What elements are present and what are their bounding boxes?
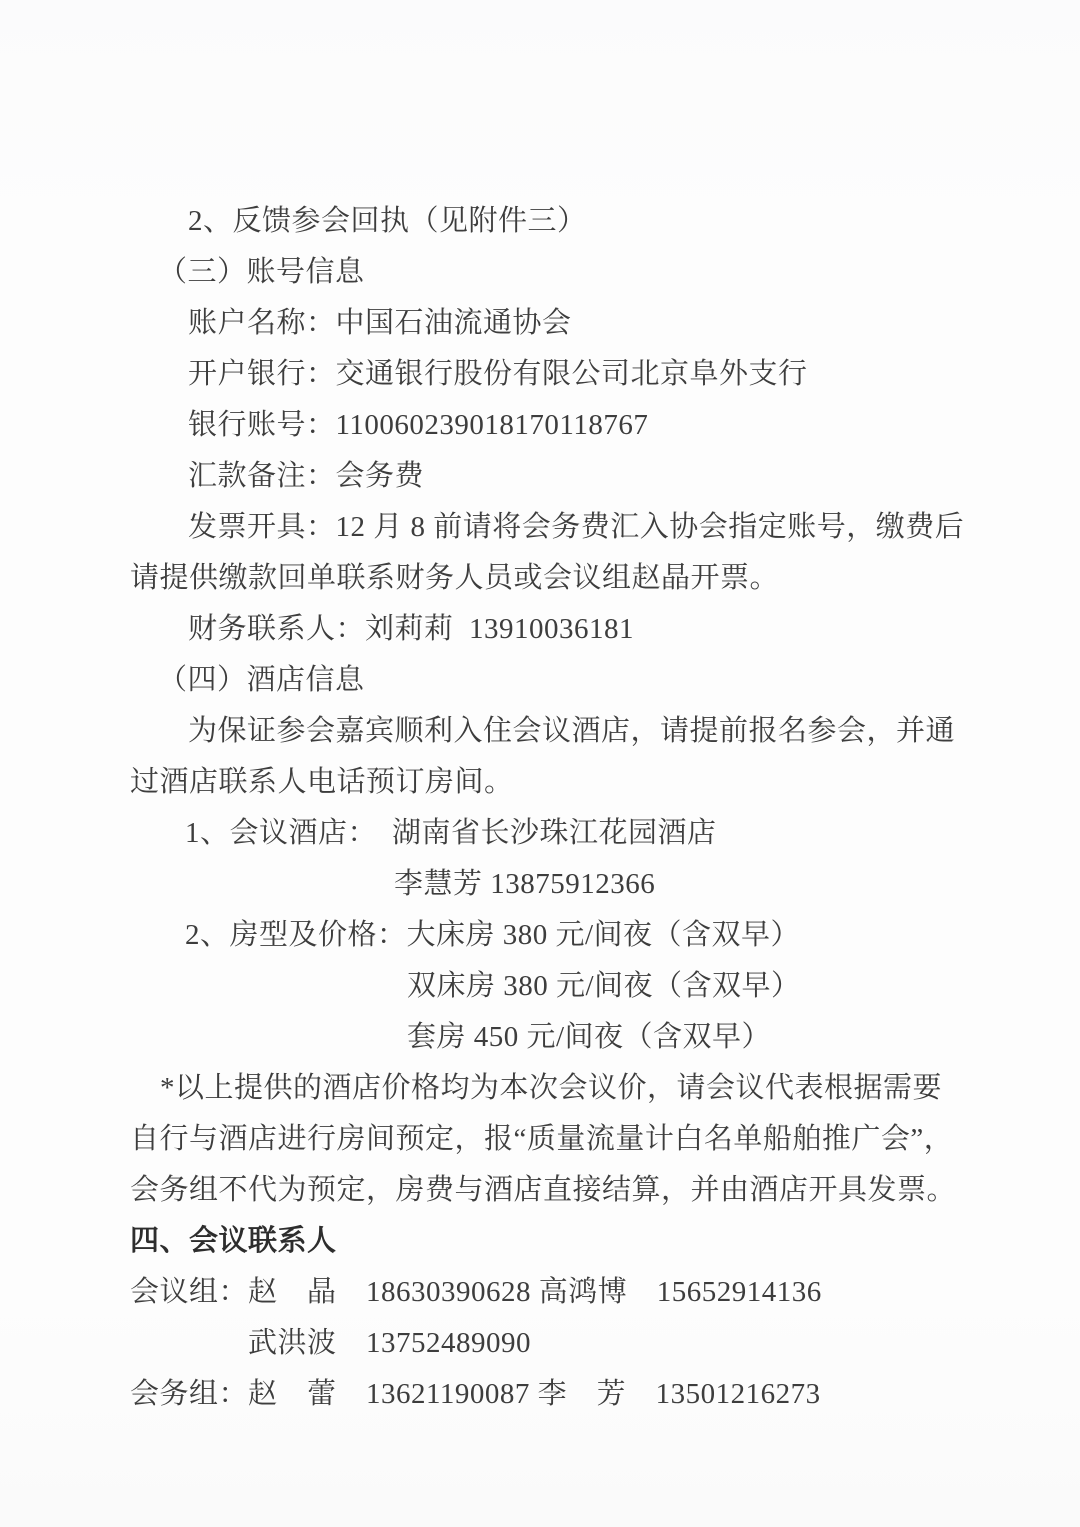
section-hotel-info: （四）酒店信息 为保证参会嘉宾顺利入住会议酒店，请提前报名参会，并通 过酒店联系… [130,655,962,1216]
document-body: 2、反馈参会回执（见附件三） （三）账号信息 账户名称：中国石油流通协会 开户银… [130,196,962,1420]
finance-contact-line: 财务联系人：刘莉莉 13910036181 [130,604,962,655]
room-price-line-3: 套房 450 元/间夜（含双早） [130,1012,962,1063]
attachment-item-2: 2、反馈参会回执（见附件三） [130,196,962,247]
account-name-line: 账户名称：中国石油流通协会 [130,298,962,349]
room-price-line-1: 2、房型及价格：大床房 380 元/间夜（含双早） [130,910,962,961]
price-note-line-2: 自行与酒店进行房间预定，报“质量流量计白名单船舶推广会”， [130,1114,962,1165]
account-number-line: 银行账号：110060239018170118767 [130,400,962,451]
meeting-group-contact-line-1: 会议组：赵 晶 18630390628 高鸿博 15652914136 [130,1267,962,1318]
bank-line: 开户银行：交通银行股份有限公司北京阜外支行 [130,349,962,400]
invoice-line-1: 发票开具：12 月 8 前请将会务费汇入协会指定账号，缴费后 [130,502,962,553]
account-info-heading: （三）账号信息 [130,247,962,298]
remit-memo-line: 汇款备注：会务费 [130,451,962,502]
hotel-intro-line-1: 为保证参会嘉宾顺利入住会议酒店，请提前报名参会，并通 [130,706,962,757]
meeting-group-contact-line-2: 武洪波 13752489090 [130,1318,962,1369]
section-account-info: （三）账号信息 账户名称：中国石油流通协会 开户银行：交通银行股份有限公司北京阜… [130,247,962,655]
document-page: 2、反馈参会回执（见附件三） （三）账号信息 账户名称：中国石油流通协会 开户银… [0,0,1080,1527]
hotel-intro-line-2: 过酒店联系人电话预订房间。 [130,757,962,808]
affairs-group-contact-line: 会务组：赵 蕾 13621190087 李 芳 13501216273 [130,1369,962,1420]
invoice-line-2: 请提供缴款回单联系财务人员或会议组赵晶开票。 [130,553,962,604]
section-contacts: 四、会议联系人 会议组：赵 晶 18630390628 高鸿博 15652914… [130,1216,962,1420]
hotel-info-heading: （四）酒店信息 [130,655,962,706]
price-note-line-1: *以上提供的酒店价格均为本次会议价，请会议代表根据需要 [130,1063,962,1114]
hotel-name-line: 1、会议酒店： 湖南省长沙珠江花园酒店 [130,808,962,859]
hotel-contact-line: 李慧芳 13875912366 [130,859,962,910]
room-price-line-2: 双床房 380 元/间夜（含双早） [130,961,962,1012]
contacts-heading: 四、会议联系人 [130,1216,962,1267]
price-note-line-3: 会务组不代为预定，房费与酒店直接结算，并由酒店开具发票。 [130,1165,962,1216]
